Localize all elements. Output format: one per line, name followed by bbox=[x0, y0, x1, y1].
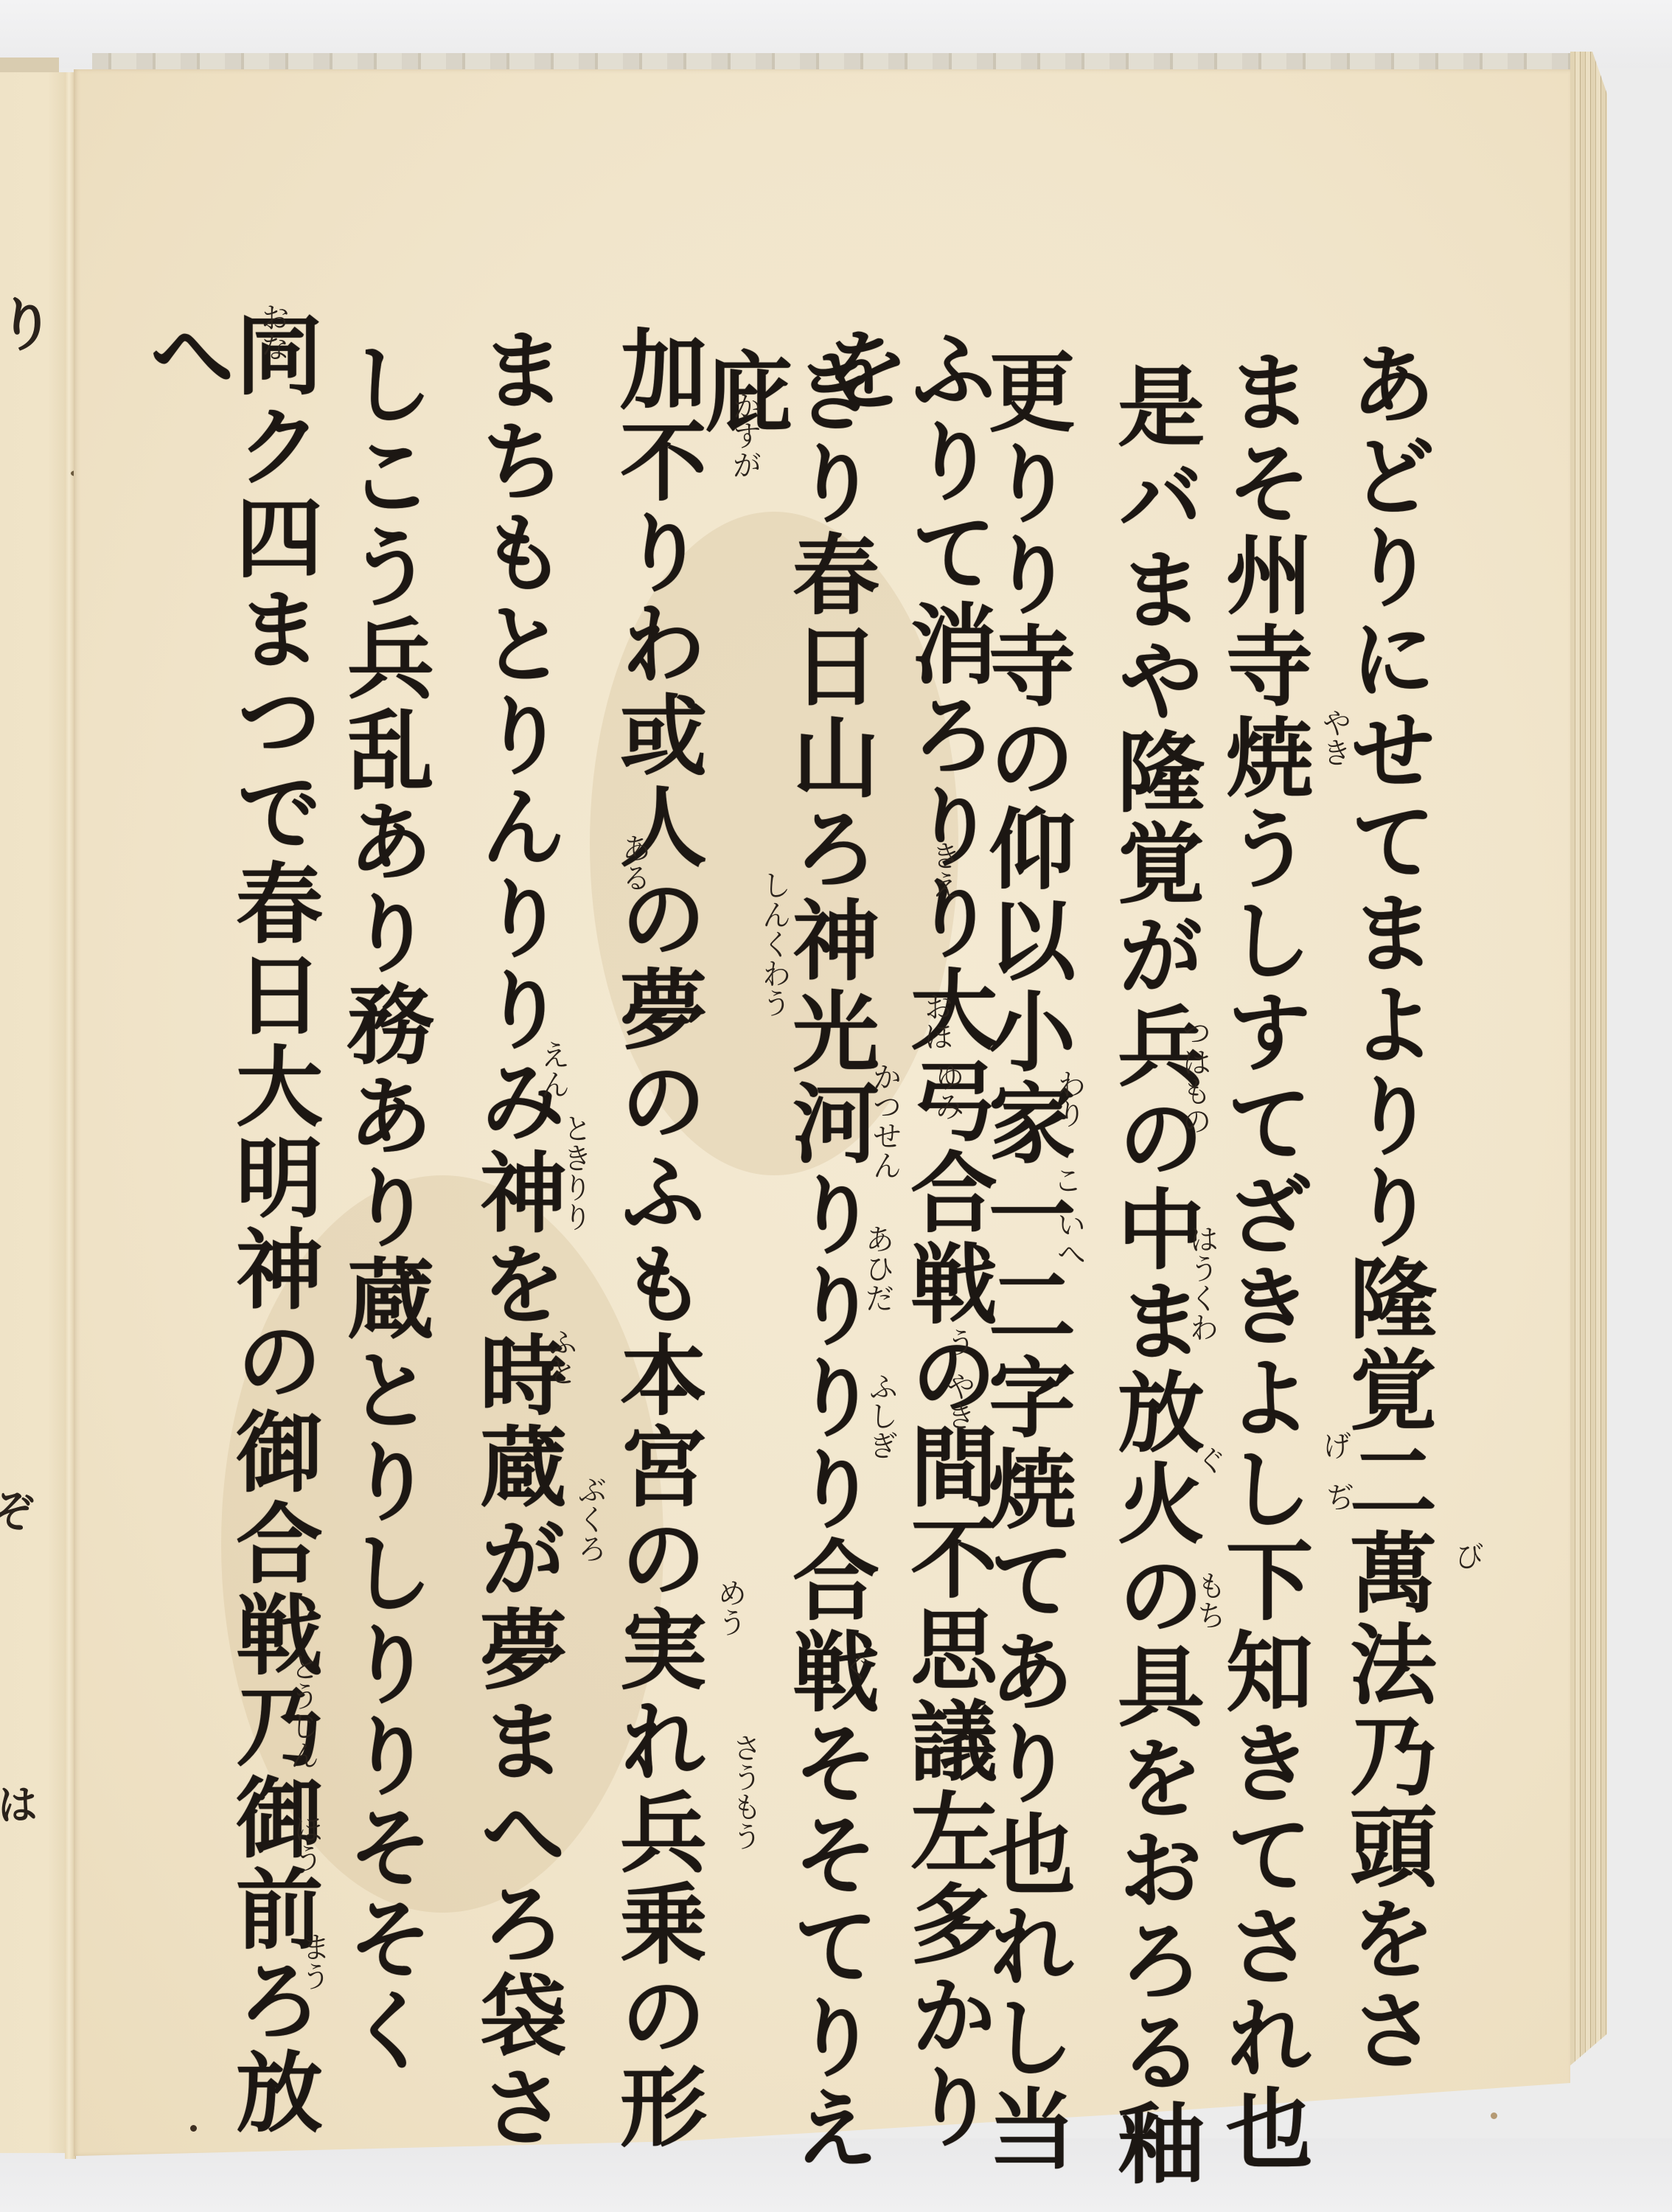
ruby-gloss: おな bbox=[258, 302, 288, 361]
ruby-gloss: つはもの bbox=[1180, 1018, 1209, 1135]
ruby-gloss: ぢ bbox=[1323, 1482, 1353, 1512]
ruby-gloss: くわう bbox=[759, 929, 789, 1018]
ruby-gloss: もち bbox=[1194, 1571, 1224, 1630]
ruby-gloss: ゆみ bbox=[933, 1062, 962, 1121]
ruby-gloss: いへ bbox=[1054, 1209, 1084, 1268]
ruby-gloss: こ bbox=[1051, 1165, 1080, 1194]
ruby-gloss: げ bbox=[1320, 1430, 1349, 1460]
text-column-10: 同ク四まつで春日大明神の御合戦乃御前ろ放へ bbox=[142, 310, 316, 2212]
ruby-gloss: ぐ bbox=[1194, 1445, 1224, 1475]
ruby-gloss: ぶくろ bbox=[575, 1475, 605, 1563]
ruby-gloss: はうくわ bbox=[1187, 1224, 1216, 1342]
ruby-gloss: ふと bbox=[546, 1327, 575, 1386]
ruby-gloss: とうじん bbox=[288, 1652, 317, 1770]
ruby-gloss: ある bbox=[619, 833, 649, 892]
ruby-gloss: さうもう bbox=[730, 1733, 759, 1851]
ruby-gloss: び bbox=[1452, 1541, 1482, 1571]
ruby-gloss: まう bbox=[299, 1932, 328, 1991]
ruby-gloss: きえ bbox=[929, 841, 958, 900]
text-column-9: しこう兵乱あり務あり蔵とりしりりそそく bbox=[340, 339, 427, 2076]
ruby-gloss: めう bbox=[715, 1578, 745, 1637]
ruby-gloss: う bbox=[944, 1327, 973, 1357]
ruby-gloss: かつせん bbox=[870, 1062, 899, 1180]
text-column-2: まそ州寺焼うしすてざきよし下知きてされ也 bbox=[1219, 347, 1306, 2175]
ruby-gloss: ときりり bbox=[560, 1113, 590, 1231]
ruby-gloss: ほう bbox=[291, 1814, 321, 1873]
text-column-1: あどりにせてまよりり隆覚二萬法乃頭をさ bbox=[1342, 339, 1429, 2076]
ruby-gloss: わり bbox=[1054, 1069, 1084, 1128]
ruby-gloss: えん bbox=[538, 1040, 568, 1099]
text-column-6: きり春日山ろ神光河りりりり合戦そそてりえ庇 bbox=[698, 347, 872, 2212]
ruby-gloss: あひだ bbox=[863, 1224, 892, 1312]
text-column-8: まちもとりんりりみ神を時蔵が夢まへろ袋さ bbox=[473, 324, 560, 2153]
text-column-7: 加不りわ或人の夢のふも本宮の実れ兵乗の形 bbox=[613, 324, 700, 2153]
ruby-gloss: やき bbox=[1320, 708, 1349, 767]
text-body: あどりにせてまよりり隆覚二萬法乃頭をさ まそ州寺焼うしすてざきよし下知きてされ也… bbox=[0, 0, 1672, 2212]
ruby-gloss: かすが bbox=[730, 391, 759, 479]
ruby-gloss: しん bbox=[759, 870, 789, 929]
ruby-gloss: ふしぎ bbox=[866, 1371, 896, 1460]
ruby-gloss: やき bbox=[944, 1371, 973, 1430]
ruby-gloss: おほ bbox=[922, 992, 951, 1051]
ruby-gloss: ぐ bbox=[840, 1652, 870, 1681]
